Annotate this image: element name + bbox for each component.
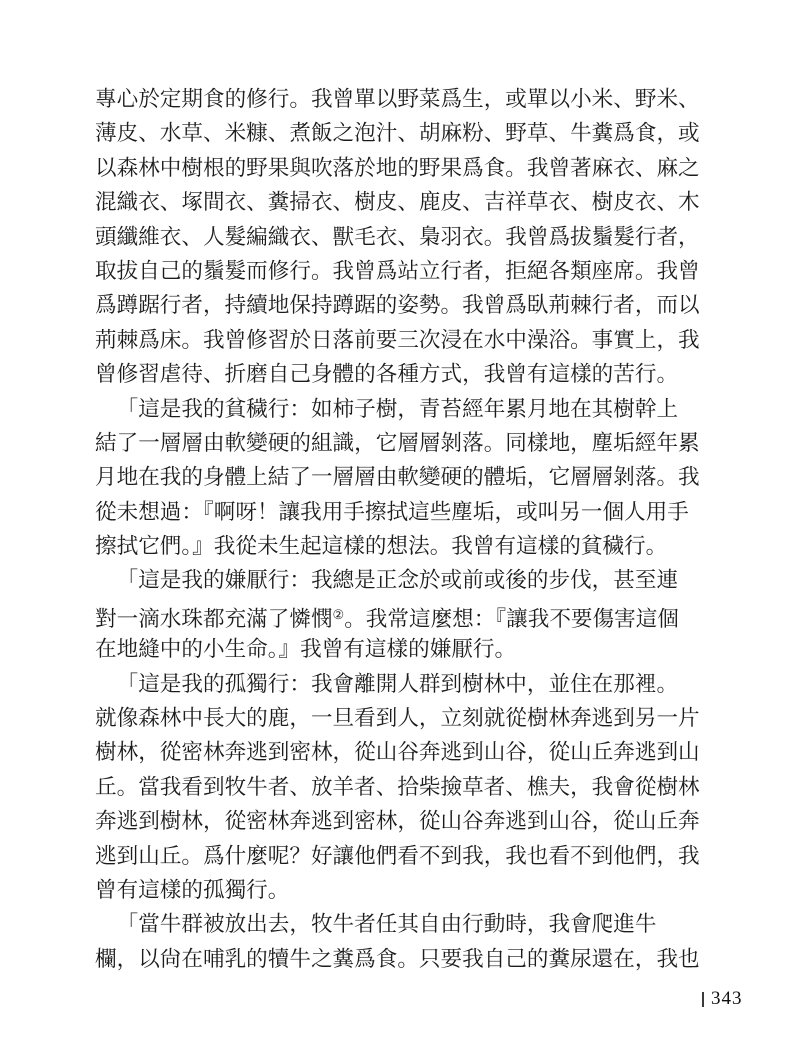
- text-line: 結了一層層由軟變硬的組識，它層層剝落。同樣地，塵垢經年累: [95, 426, 703, 460]
- text-line: 逃到山丘。爲什麼呢？好讓他們看不到我，我也看不到他們，我: [95, 839, 703, 873]
- text-line: 曾有這樣的孤獨行。: [95, 873, 703, 907]
- text-line: 欄，以尙在哺乳的犢牛之糞爲食。只要我自己的糞尿還在，我也: [95, 942, 703, 976]
- text-line: 曾修習虐待、折磨自己身體的各種方式，我曾有這樣的苦行。: [95, 357, 703, 391]
- text-line: 「當牛群被放出去，牧牛者任其自由行動時，我會爬進牛: [95, 907, 703, 941]
- text-line: 在地縫中的小生命。』我曾有這樣的嫌厭行。: [95, 632, 703, 666]
- body-text: 專心於定期食的修行。我曾單以野菜爲生，或單以小米、野米、薄皮、水草、米糠、煮飯之…: [95, 82, 703, 976]
- text-line: 擦拭它們。』我從未生起這樣的想法。我曾有這樣的貧穢行。: [95, 529, 703, 563]
- text-line: 荊棘爲床。我曾修習於日落前要三次浸在水中澡浴。事實上，我: [95, 323, 703, 357]
- book-page: 專心於定期食的修行。我曾單以野菜爲生，或單以小米、野米、薄皮、水草、米糠、煮飯之…: [0, 0, 792, 1056]
- text-line: 樹林，從密林奔逃到密林，從山谷奔逃到山谷，從山丘奔逃到山: [95, 735, 703, 769]
- text-line: 丘。當我看到牧牛者、放羊者、拾柴撿草者、樵夫，我會從樹林: [95, 770, 703, 804]
- page-number-tick: [702, 992, 704, 1007]
- paragraph: 「這是我的貧穢行：如柿子樹，青苔經年累月地在其樹幹上結了一層層由軟變硬的組識，它…: [95, 392, 703, 564]
- text-line: 奔逃到樹林，從密林奔逃到密林，從山谷奔逃到山谷，從山丘奔: [95, 804, 703, 838]
- text-line: 「這是我的貧穢行：如柿子樹，青苔經年累月地在其樹幹上: [95, 392, 703, 426]
- text-line: 就像森林中長大的鹿，一旦看到人，立刻就從樹林奔逃到另一片: [95, 701, 703, 735]
- text-line: 爲蹲踞行者，持續地保持蹲踞的姿勢。我曾爲臥荊棘行者，而以: [95, 288, 703, 322]
- text-line: 專心於定期食的修行。我曾單以野菜爲生，或單以小米、野米、: [95, 82, 703, 116]
- page-number: 343: [711, 988, 743, 1010]
- text-line: 以森林中樹根的野果與吹落於地的野果爲食。我曾著麻衣、麻之: [95, 151, 703, 185]
- text-line: 月地在我的身體上結了一層層由軟變硬的體垢，它層層剝落。我: [95, 460, 703, 494]
- text-line: 「這是我的嫌厭行：我總是正念於或前或後的步伐，甚至連: [95, 563, 703, 597]
- paragraph: 「當牛群被放出去，牧牛者任其自由行動時，我會爬進牛欄，以尙在哺乳的犢牛之糞爲食。…: [95, 907, 703, 976]
- paragraph: 專心於定期食的修行。我曾單以野菜爲生，或單以小米、野米、薄皮、水草、米糠、煮飯之…: [95, 82, 703, 392]
- paragraph: 「這是我的嫌厭行：我總是正念於或前或後的步伐，甚至連對一滴水珠都充滿了憐憫②。我…: [95, 563, 703, 666]
- text-line: 從未想過：『啊呀！讓我用手擦拭這些塵垢，或叫另一個人用手: [95, 495, 703, 529]
- text-line: 「這是我的孤獨行：我會離開人群到樹林中，並住在那裡。: [95, 667, 703, 701]
- text-line: 混織衣、塚間衣、糞掃衣、樹皮、鹿皮、吉祥草衣、樹皮衣、木: [95, 185, 703, 219]
- text-line: 薄皮、水草、米糠、煮飯之泡汁、胡麻粉、野草、牛糞爲食，或: [95, 116, 703, 150]
- text-line: 取拔自己的鬚髮而修行。我曾爲站立行者，拒絕各類座席。我曾: [95, 254, 703, 288]
- paragraph: 「這是我的孤獨行：我會離開人群到樹林中，並住在那裡。就像森林中長大的鹿，一旦看到…: [95, 667, 703, 908]
- text-line: 對一滴水珠都充滿了憐憫②。我常這麼想：『讓我不要傷害這個: [95, 598, 703, 632]
- footnote-ref: ②: [333, 607, 345, 622]
- page-footer: 343: [702, 988, 743, 1010]
- text-line: 頭纖維衣、人髮編織衣、獸毛衣、梟羽衣。我曾爲拔鬚髮行者，: [95, 220, 703, 254]
